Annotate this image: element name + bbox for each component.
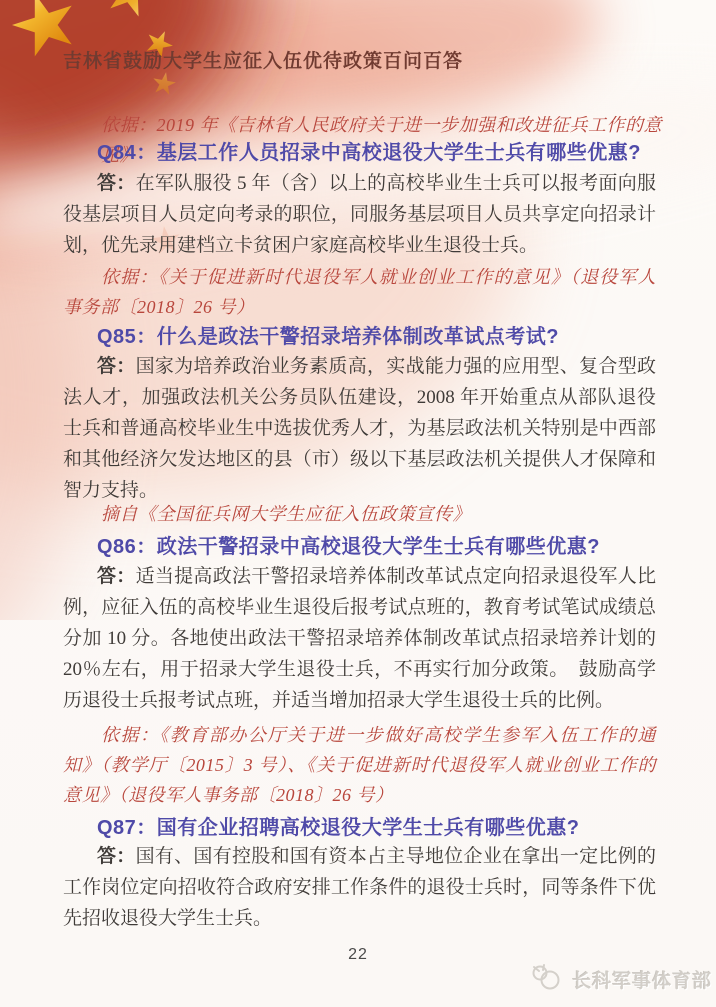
answer-q84: 答：在军队服役 5 年（含）以上的高校毕业生士兵可以报考面向服役基层项目人员定向… [63,168,656,261]
page-content: 吉林省鼓励大学生应征入伍优待政策百问百答 依据：2019 年《吉林省人民政府关于… [0,0,716,1007]
answer-text: 适当提高政法干警招录培养体制改革试点定向招录退役军人比例，应征入伍的高校毕业生退… [63,566,656,711]
answer-prefix: 答： [97,566,136,587]
answer-text: 国家为培养政治业务素质高，实战能力强的应用型、复合型政法人才，加强政法机关公务员… [63,356,656,501]
answer-prefix: 答： [97,846,136,867]
question-q86: Q86：政法干警招录中高校退役大学生士兵有哪些优惠? [97,530,677,559]
dove-icon [530,963,564,995]
page-number: 22 [0,946,716,964]
question-q87: Q87：国有企业招聘高校退役大学生士兵有哪些优惠? [97,811,677,840]
answer-q85: 答：国家为培养政治业务素质高，实战能力强的应用型、复合型政法人才，加强政法机关公… [63,351,656,506]
page-title: 吉林省鼓励大学生应征入伍优待政策百问百答 [63,46,623,73]
document-page: 吉林省鼓励大学生应征入伍优待政策百问百答 依据：2019 年《吉林省人民政府关于… [0,0,716,1007]
answer-text: 国有、国有控股和国有资本占主导地位企业在拿出一定比例的工作岗位定向招收符合政府安… [63,846,656,929]
answer-prefix: 答： [97,173,136,194]
watermark: 长科军事体育部 [530,963,712,995]
answer-q86: 答：适当提高政法干警招录培养体制改革试点定向招录退役军人比例，应征入伍的高校毕业… [63,561,656,716]
answer-prefix: 答： [97,356,136,377]
question-q85: Q85：什么是政法干警招录培养体制改革试点考试? [97,320,677,349]
answer-q87: 答：国有、国有控股和国有资本占主导地位企业在拿出一定比例的工作岗位定向招收符合政… [63,841,656,934]
source-citation-4: 依据：《教育部办公厅关于进一步做好高校学生参军入伍工作的通知》（教学厅〔2015… [63,720,656,810]
answer-text: 在军队服役 5 年（含）以上的高校毕业生士兵可以报考面向服役基层项目人员定向考录… [63,173,656,256]
question-q84: Q84：基层工作人员招录中高校退役大学生士兵有哪些优惠? [97,136,677,165]
source-citation-3: 摘自《全国征兵网大学生应征入伍政策宣传》 [101,499,681,529]
source-citation-2: 依据：《关于促进新时代退役军人就业创业工作的意见》（退役军人事务部〔2018〕2… [63,262,656,322]
watermark-label: 长科军事体育部 [572,966,712,993]
